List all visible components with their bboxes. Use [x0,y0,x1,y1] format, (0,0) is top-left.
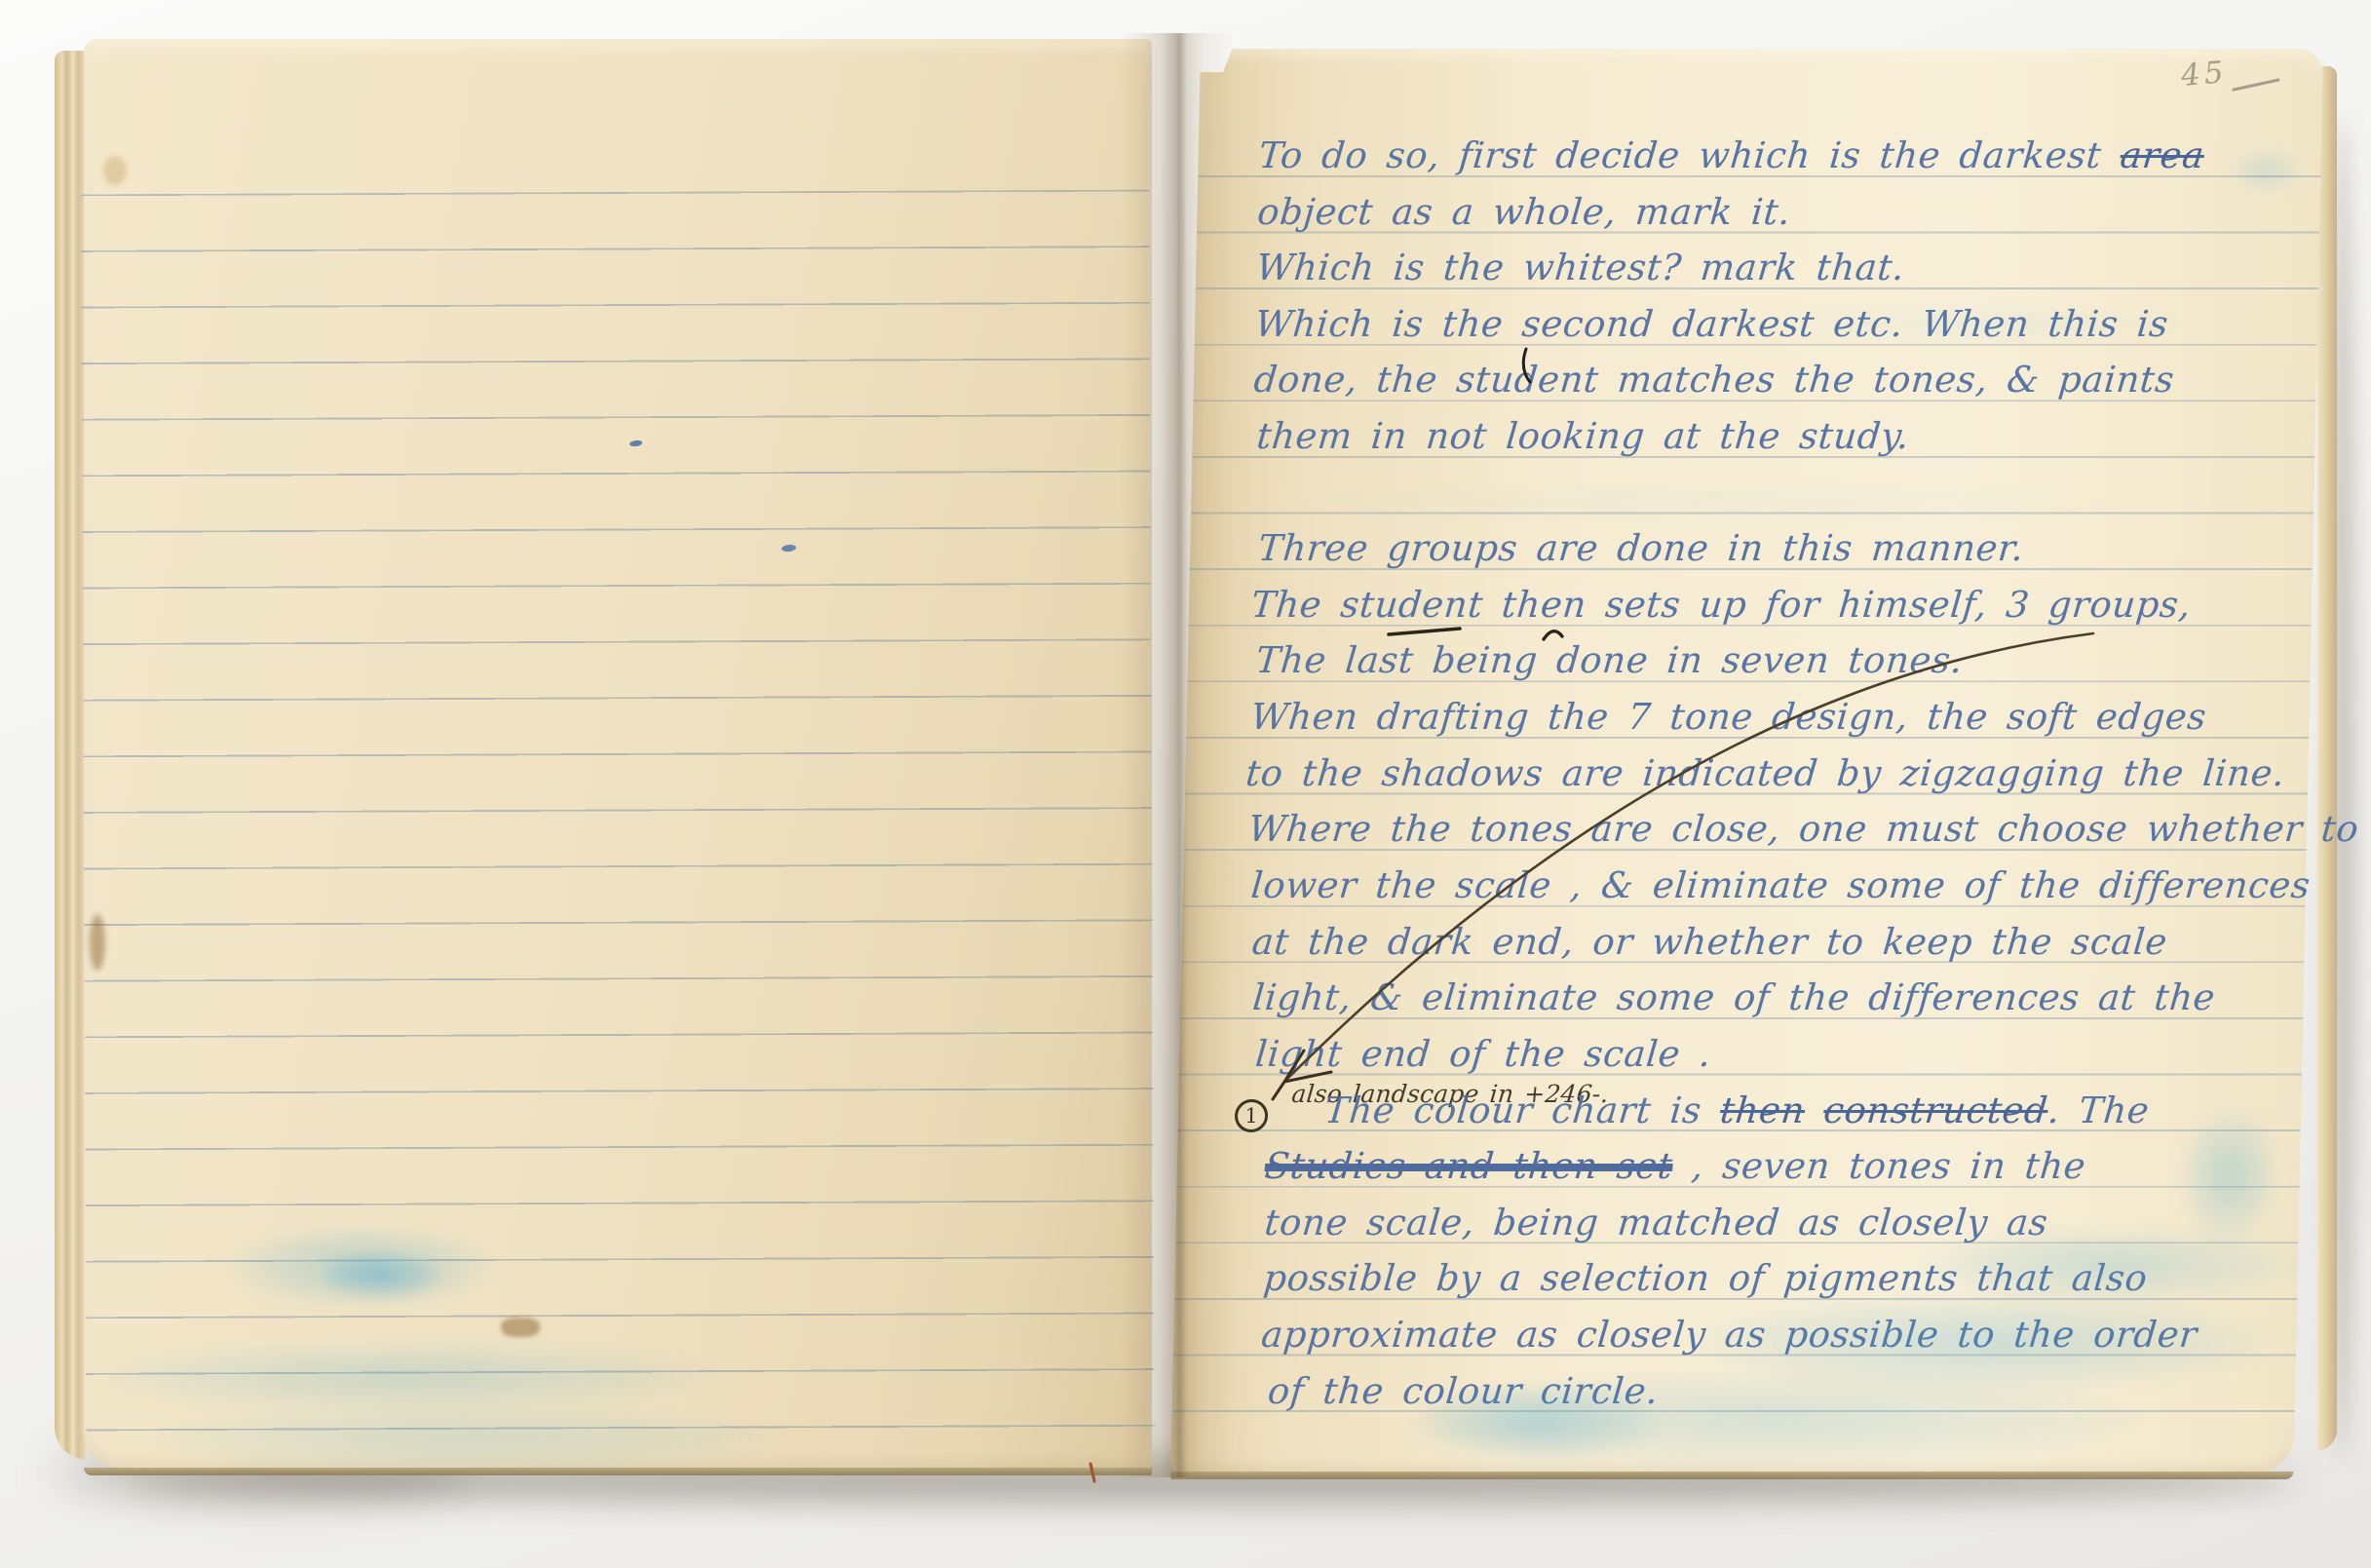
line-text: To do so, first decide which is the dark… [1257,134,2122,176]
watercolour-stain [94,1341,717,1413]
watercolour-stain [318,1251,444,1300]
handwritten-line: Which is the whitest? mark that. [1254,245,1906,291]
watercolour-stain [1915,1228,2307,1302]
left-page [84,39,1152,1470]
line-text: . The [2046,1090,2152,1131]
handwritten-line: light, & eliminate some of the differenc… [1250,975,2217,1021]
notebook-photo: To do so, first decide which is the dark… [0,0,2371,1568]
watercolour-stain [2179,1107,2279,1243]
watercolour-stain [1415,1386,1661,1460]
handwritten-line: When drafting the 7 tone design, the sof… [1248,694,2208,741]
bleedthrough-ghost [1779,304,2190,343]
struck-word: then [1718,1090,1807,1131]
handwritten-line: light end of the scale . [1253,1031,1713,1078]
handwritten-line: The colour chart is then constructed. Th… [1322,1088,2152,1134]
handwritten-line: Studies and then set , seven tones in th… [1263,1143,2088,1190]
handwritten-line: tone scale, being matched as closely as [1263,1200,2050,1246]
page-stack-left-edge [55,51,88,1460]
ink-dot [782,544,797,553]
handwritten-line: Three groups are done in this manner. [1256,525,2026,572]
watercolour-stain [142,1403,785,1473]
handwritten-line: to the shadows are indicated by zigzaggi… [1243,750,2287,797]
struck-word: area [2119,134,2206,176]
handwritten-line: The last being done in seven tones. [1254,637,1966,684]
struck-word: constructed [1822,1090,2050,1131]
line-text: , seven tones in the [1671,1145,2088,1187]
brown-speck [501,1318,540,1337]
right-page: To do so, first decide which is the dark… [1170,49,2323,1473]
scribbled-out-words: Studies and then set [1263,1145,1674,1187]
circled-number-1: 1 [1235,1099,1269,1132]
handwritten-line: object as a whole, mark it. [1255,189,1792,236]
page-stack-right-edge [2317,66,2337,1450]
bleedthrough-ghost [1259,483,2137,522]
edge-stain [90,914,105,971]
handwritten-line: lower the scale , & eliminate some of th… [1249,862,2313,909]
handwritten-line: Where the tones are close, one must choo… [1246,806,2361,853]
handwritten-line: The student then sets up for himself, 3 … [1249,582,2193,629]
handwritten-line: done, the student matches the tones, & p… [1252,357,2177,403]
watercolour-stain [2229,148,2304,193]
line-text: The colour chart is [1322,1090,1722,1131]
handwritten-line: at the dark end, or whether to keep the … [1250,919,2170,966]
handwritten-line: To do so, first decide which is the dark… [1257,133,2206,179]
ink-dot [630,440,643,447]
edge-stain [103,156,127,185]
handwritten-line: them in not looking at the study. [1254,413,1911,460]
page-number: 45 [2180,55,2229,94]
